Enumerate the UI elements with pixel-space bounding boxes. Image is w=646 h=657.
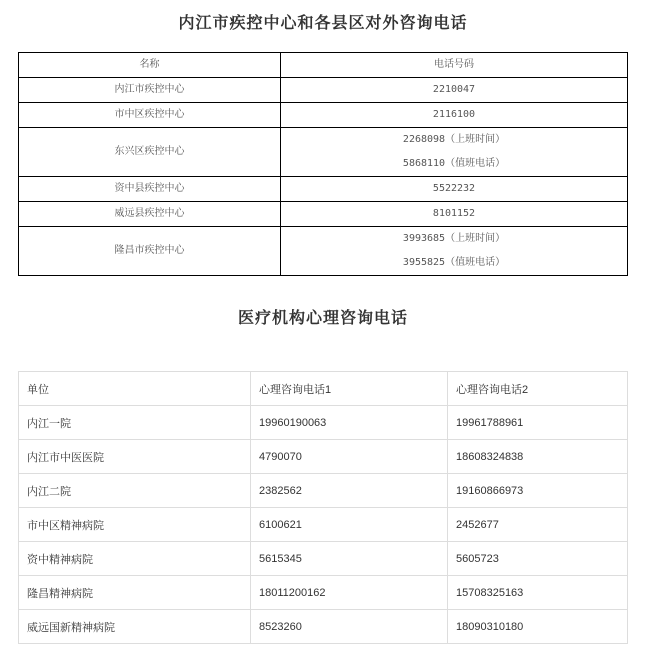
header-phone-1: 心理咨询电话1 — [251, 372, 448, 406]
cell-phone: 8101152 — [281, 202, 628, 227]
cell-phone-1: 5615345 — [251, 542, 448, 576]
table-header-row: 单位 心理咨询电话1 心理咨询电话2 — [19, 372, 628, 406]
cdc-contact-table: 名称 电话号码 内江市疾控中心 2210047 市中区疾控中心 2116100 … — [18, 52, 628, 276]
cell-name: 市中区疾控中心 — [19, 103, 281, 128]
table-row: 市中区精神病院 6100621 2452677 — [19, 508, 628, 542]
psych-contact-table: 单位 心理咨询电话1 心理咨询电话2 内江一院 19960190063 1996… — [18, 371, 628, 644]
cell-phone-2: 2452677 — [448, 508, 628, 542]
cell-phone-1: 2382562 — [251, 474, 448, 508]
phone-work-hours: 3993685（上班时间） — [281, 227, 627, 251]
cell-phone: 5522232 — [281, 177, 628, 202]
cell-unit: 内江市中医医院 — [19, 440, 251, 474]
phone-on-duty: 3955825（值班电话） — [281, 251, 627, 275]
phone-on-duty: 5868110（值班电话） — [281, 152, 627, 176]
table-row: 内江二院 2382562 19160866973 — [19, 474, 628, 508]
cell-phone: 2210047 — [281, 78, 628, 103]
cell-name: 威远县疾控中心 — [19, 202, 281, 227]
cell-phone-2: 15708325163 — [448, 576, 628, 610]
header-phone-2: 心理咨询电话2 — [448, 372, 628, 406]
table-row: 内江一院 19960190063 19961788961 — [19, 406, 628, 440]
cell-name: 内江市疾控中心 — [19, 78, 281, 103]
cell-unit: 内江二院 — [19, 474, 251, 508]
table-row: 资中精神病院 5615345 5605723 — [19, 542, 628, 576]
table-row: 隆昌市疾控中心 3993685（上班时间） 3955825（值班电话） — [19, 227, 628, 276]
cell-phone: 3993685（上班时间） 3955825（值班电话） — [281, 227, 628, 276]
cell-phone: 2268098（上班时间） 5868110（值班电话） — [281, 128, 628, 177]
cell-unit: 威远国新精神病院 — [19, 610, 251, 644]
psych-section-title: 医疗机构心理咨询电话 — [0, 305, 646, 328]
cell-name: 东兴区疾控中心 — [19, 128, 281, 177]
cell-phone-1: 18011200162 — [251, 576, 448, 610]
cell-phone-2: 19160866973 — [448, 474, 628, 508]
cell-name: 资中县疾控中心 — [19, 177, 281, 202]
table-row: 内江市中医医院 4790070 18608324838 — [19, 440, 628, 474]
cell-phone-1: 4790070 — [251, 440, 448, 474]
cell-phone-1: 19960190063 — [251, 406, 448, 440]
cell-phone: 2116100 — [281, 103, 628, 128]
cell-phone-2: 5605723 — [448, 542, 628, 576]
table-row: 威远县疾控中心 8101152 — [19, 202, 628, 227]
cell-unit: 隆昌精神病院 — [19, 576, 251, 610]
phone-work-hours: 2268098（上班时间） — [281, 128, 627, 152]
cell-phone-1: 6100621 — [251, 508, 448, 542]
cell-unit: 资中精神病院 — [19, 542, 251, 576]
table-row: 隆昌精神病院 18011200162 15708325163 — [19, 576, 628, 610]
cell-phone-2: 18608324838 — [448, 440, 628, 474]
table-row: 威远国新精神病院 8523260 18090310180 — [19, 610, 628, 644]
table-row: 内江市疾控中心 2210047 — [19, 78, 628, 103]
header-name: 名称 — [19, 53, 281, 78]
header-phone: 电话号码 — [281, 53, 628, 78]
cell-unit: 市中区精神病院 — [19, 508, 251, 542]
cdc-section-title: 内江市疾控中心和各县区对外咨询电话 — [0, 10, 646, 33]
cell-phone-2: 19961788961 — [448, 406, 628, 440]
table-row: 资中县疾控中心 5522232 — [19, 177, 628, 202]
table-row: 东兴区疾控中心 2268098（上班时间） 5868110（值班电话） — [19, 128, 628, 177]
table-header-row: 名称 电话号码 — [19, 53, 628, 78]
header-unit: 单位 — [19, 372, 251, 406]
cell-name: 隆昌市疾控中心 — [19, 227, 281, 276]
cell-unit: 内江一院 — [19, 406, 251, 440]
cell-phone-2: 18090310180 — [448, 610, 628, 644]
table-row: 市中区疾控中心 2116100 — [19, 103, 628, 128]
cell-phone-1: 8523260 — [251, 610, 448, 644]
